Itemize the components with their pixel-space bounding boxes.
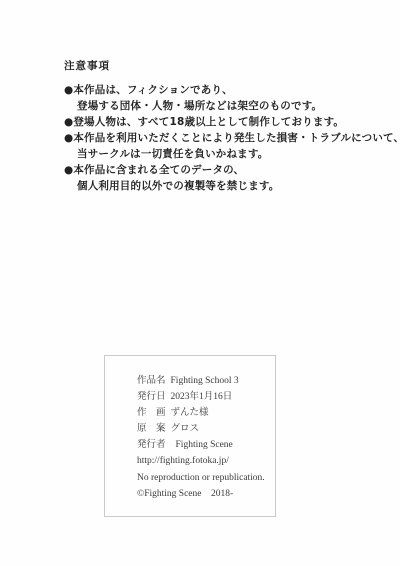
notice-heading: 注意事項 — [64, 58, 389, 74]
notice-line: ●本作品に含まれる全てのデータの、 — [64, 162, 389, 178]
colophon-row-no-reproduction: No reproduction or republication. — [137, 470, 275, 486]
colophon-row-publisher: 発行者Fighting Scene — [137, 437, 275, 453]
colophon-label: 作 画 — [137, 408, 166, 418]
colophon-row-publish-date: 発行日2023年1月16日 — [137, 389, 275, 405]
colophon-label: 作品名 — [137, 376, 166, 386]
colophon-url-text: http://fighting.fotoka.jp/ — [137, 456, 229, 466]
colophon-row-title: 作品名Fighting School 3 — [137, 373, 275, 389]
colophon-value: Fighting Scene — [176, 440, 233, 450]
colophon-row-artist: 作 画ずんた様 — [137, 405, 275, 421]
notice-line: 当サークルは一切責任を負いかねます。 — [64, 146, 389, 162]
colophon-row-copyright: ©Fighting Scene 2018- — [137, 486, 275, 502]
colophon-row-url: http://fighting.fotoka.jp/ — [137, 453, 275, 469]
colophon-label: 発行者 — [137, 440, 166, 450]
notice-line: ●登場人物は、すべて18歳以上として制作しております。 — [64, 114, 389, 130]
colophon-value: No reproduction or republication. — [137, 473, 265, 483]
colophon-value: ©Fighting Scene 2018- — [137, 489, 233, 499]
colophon-value: Fighting School 3 — [171, 376, 239, 386]
colophon-value: 2023年1月16日 — [171, 392, 233, 402]
scanned-notice-page: { "page": { "background": "#fefefe", "no… — [0, 0, 400, 566]
notice-line: 個人利用目的以外での複製等を禁じます。 — [64, 178, 389, 194]
notice-line: 登場する団体・人物・場所などは架空のものです。 — [64, 98, 389, 114]
colophon-row-original-plan: 原 案グロス — [137, 421, 275, 437]
notice-line: ●本作品を利用いただくことにより発生した損害・トラブルについて、 — [64, 130, 389, 146]
colophon-label: 発行日 — [137, 392, 166, 402]
colophon-label: 原 案 — [137, 424, 166, 434]
colophon-box: 作品名Fighting School 3 発行日2023年1月16日 作 画ずん… — [104, 355, 276, 517]
colophon-value: ずんた様 — [171, 408, 209, 418]
notice-line: ●本作品は、フィクションであり、 — [64, 82, 389, 98]
colophon-value: グロス — [171, 424, 200, 434]
notice-section: 注意事項 ●本作品は、フィクションであり、 登場する団体・人物・場所などは架空の… — [64, 58, 389, 194]
